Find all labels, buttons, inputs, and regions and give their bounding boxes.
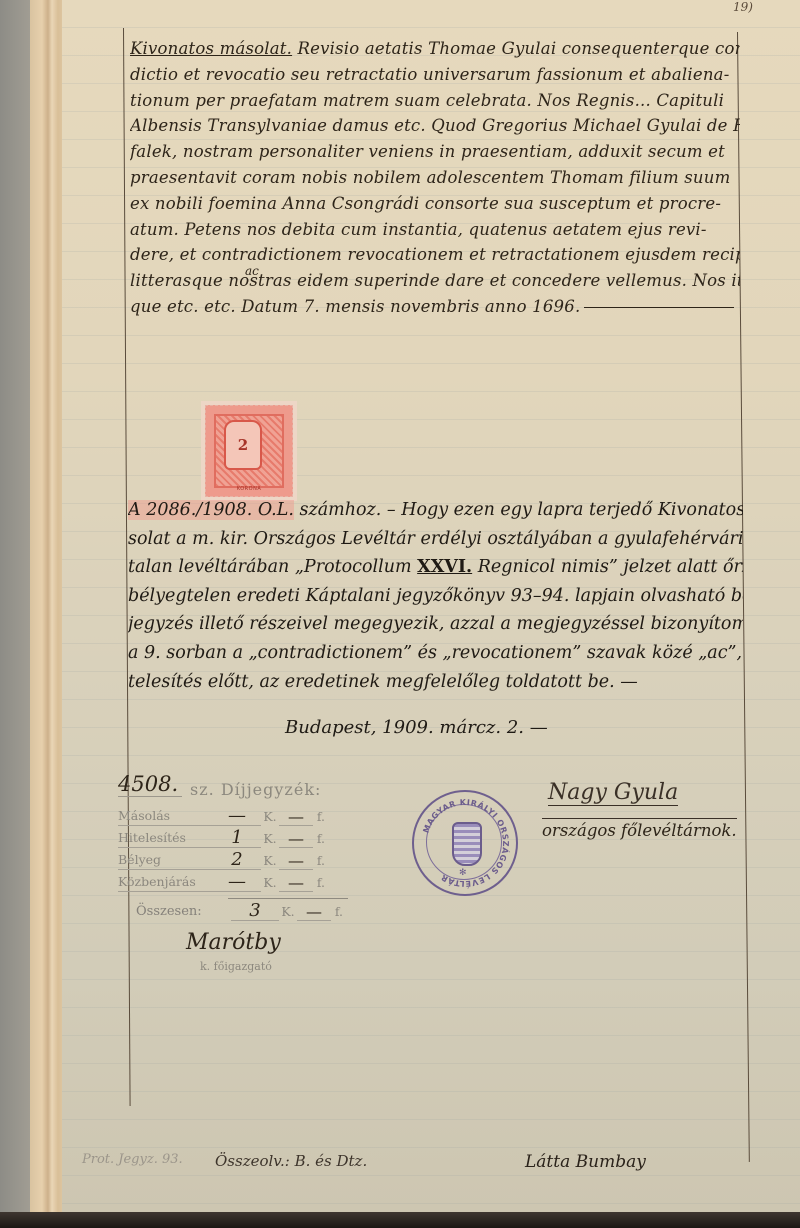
extract-line: Albensis Transylvaniae damus etc. Quod G… [130, 113, 740, 139]
page-bottom-shadow [0, 1212, 800, 1228]
crown-shield-icon: 2 [224, 420, 262, 470]
clerk-title: k. főigazgató [200, 960, 272, 973]
latin-extract: Kivonatos másolat. Revisio aetatis Thoma… [130, 36, 740, 320]
archive-seal: MAGYAR KIRÁLYI ORSZÁGOS LEVÉLTÁR ✻ [412, 790, 518, 896]
collation-note: Összeolv.: B. és Dtz. [215, 1152, 367, 1170]
stamp-value: 2 [238, 436, 248, 454]
hungarian-crest-icon [452, 822, 482, 866]
reference-number: A 2086./1908. O.L. [128, 500, 294, 520]
seen-note: Látta Bumbay [525, 1152, 646, 1172]
cert-line: A 2086./1908. O.L. számhoz. – Hogy ezen … [128, 496, 743, 525]
cert-line: telesítés előtt, az eredetinek megfelelő… [128, 668, 743, 697]
clerk-signature: Marótby [186, 930, 281, 955]
cert-line: a 9. sorban a „contradictionem” és „revo… [128, 639, 743, 668]
corner-page-mark: 19) [733, 0, 753, 14]
revenue-stamp: 2 KORONA [205, 405, 293, 497]
cert-line: talan levéltárában „Protocollum XXVI. Re… [128, 553, 743, 582]
extract-line: que etc. etc. Datum 7. mensis novembris … [130, 294, 740, 320]
place-date: Budapest, 1909. márcz. 2. — [285, 717, 548, 738]
certification-text: A 2086./1908. O.L. számhoz. – Hogy ezen … [128, 496, 743, 696]
fee-row: Másolás — K. — f. [118, 804, 348, 826]
fee-row: Hitelesítés 1 K. — f. [118, 826, 348, 848]
extract-line: praesentavit coram nobis nobilem adolesc… [130, 165, 740, 191]
insertion-ac: ac [245, 264, 259, 278]
extract-line: falek, nostram personaliter veniens in p… [130, 139, 740, 165]
extract-line: Kivonatos másolat. Revisio aetatis Thoma… [130, 36, 740, 62]
extract-line: dere, et contradictionem revocationem et… [130, 242, 740, 268]
extract-line: litterasque nostras eidem superinde dare… [130, 268, 740, 294]
fee-register: 4508. sz. Díjjegyzék: Másolás — K. — f. … [118, 778, 348, 921]
fee-total-row: Összesen: 3 K. — f. [118, 899, 348, 921]
fee-header: 4508. sz. Díjjegyzék: [118, 778, 348, 804]
cert-line: bélyegtelen eredeti Káptalani jegyzőköny… [128, 582, 743, 611]
protocol-volume: XXVI. [417, 557, 472, 577]
extract-line: atum. Petens nos debita cum instantia, q… [130, 217, 740, 243]
fee-row: Bélyeg 2 K. — f. [118, 848, 348, 870]
fee-number: 4508. [118, 772, 182, 797]
extract-heading: Kivonatos másolat. [130, 39, 292, 58]
fee-title: sz. Díjjegyzék: [190, 780, 321, 799]
cert-line: jegyzés illető részeivel megegyezik, azz… [128, 610, 743, 639]
extract-line: tionum per praefatam matrem suam celebra… [130, 88, 740, 114]
archivist-signature: Nagy Gyula [548, 780, 678, 806]
extract-line: dictio et revocatio seu retractatio univ… [130, 62, 740, 88]
cert-line: solat a m. kir. Országos Levéltár erdély… [128, 525, 743, 554]
stamp-currency: KORONA [206, 486, 292, 492]
star-icon: ✻ [459, 868, 467, 878]
archivist-title: országos főlevéltárnok. [542, 818, 737, 840]
pencil-note: Prot. Jegyz. 93. [82, 1152, 183, 1167]
closing-rule [584, 307, 734, 308]
fee-row: Közbenjárás — K. — f. [118, 870, 348, 892]
extract-line: ex nobili foemina Anna Csongrádi consort… [130, 191, 740, 217]
